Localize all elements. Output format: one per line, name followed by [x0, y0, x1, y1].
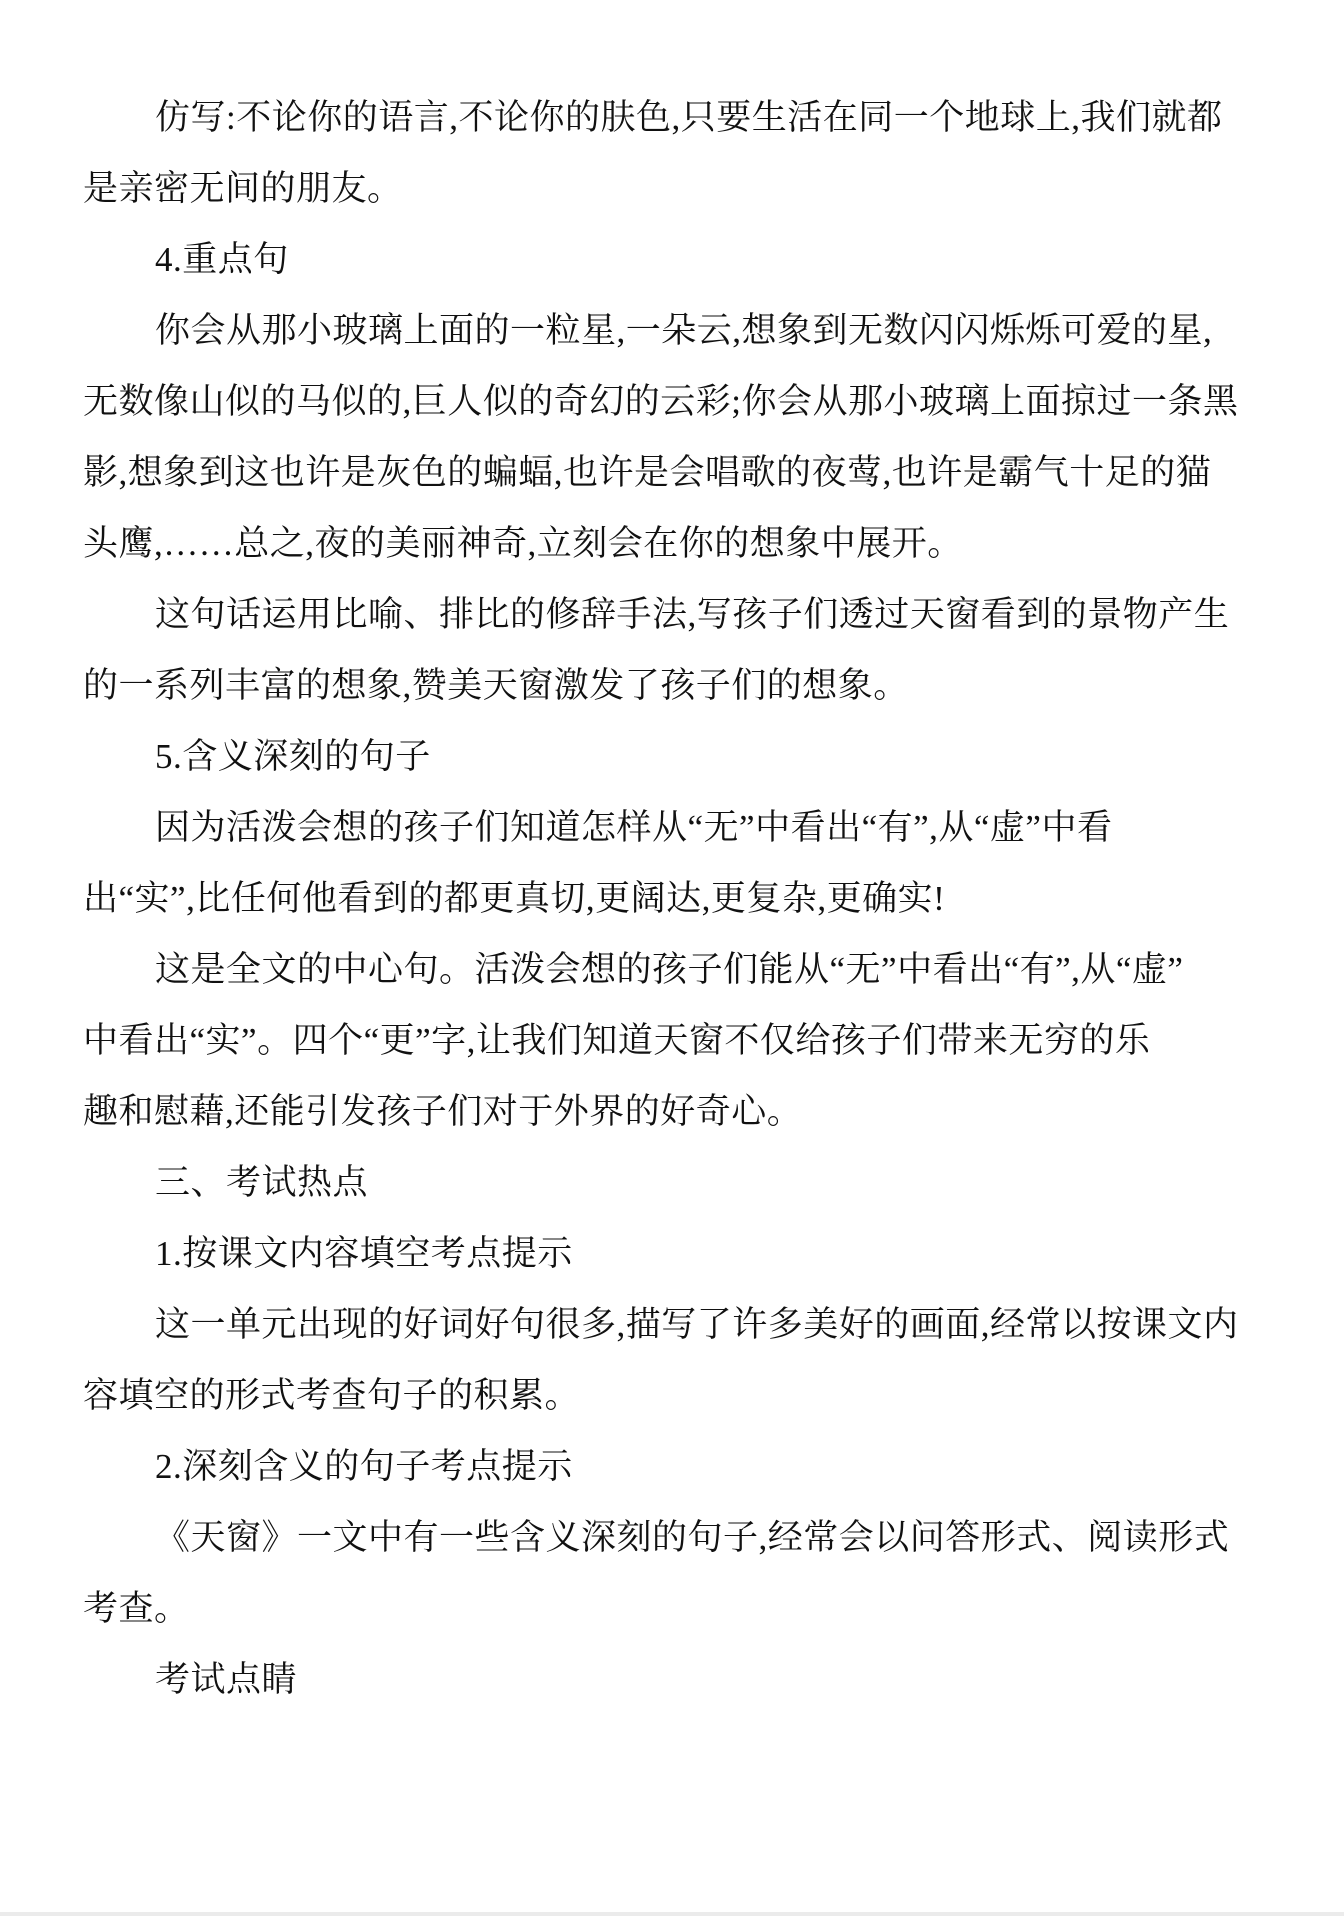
paragraph-line: 容填空的形式考查句子的积累。 — [83, 1360, 1283, 1431]
subsection-heading: 2.深刻含义的句子考点提示 — [83, 1431, 1283, 1502]
paragraph-line: 影,想象到这也许是灰色的蝙蝠,也许是会唱歌的夜莺,也许是霸气十足的猫 — [83, 437, 1283, 508]
paragraph-line: 头鹰,……总之,夜的美丽神奇,立刻会在你的想象中展开。 — [83, 508, 1283, 579]
paragraph-line: 你会从那小玻璃上面的一粒星,一朵云,想象到无数闪闪烁烁可爱的星, — [83, 295, 1283, 366]
section-heading: 4.重点句 — [83, 224, 1283, 295]
paragraph-line: 《天窗》一文中有一些含义深刻的句子,经常会以问答形式、阅读形式 — [83, 1502, 1283, 1573]
paragraph-line: 这一单元出现的好词好句很多,描写了许多美好的画面,经常以按课文内 — [83, 1289, 1283, 1360]
paragraph-line: 无数像山似的马似的,巨人似的奇幻的云彩;你会从那小玻璃上面掠过一条黑 — [83, 366, 1283, 437]
paragraph-line: 中看出“实”。四个“更”字,让我们知道天窗不仅给孩子们带来无穷的乐 — [83, 1005, 1283, 1076]
paragraph-line: 出“实”,比任何他看到的都更真切,更阔达,更复杂,更确实! — [83, 863, 1283, 934]
paragraph-line: 趣和慰藉,还能引发孩子们对于外界的好奇心。 — [83, 1076, 1283, 1147]
subsection-heading: 1.按课文内容填空考点提示 — [83, 1218, 1283, 1289]
paragraph-line: 是亲密无间的朋友。 — [83, 153, 1283, 224]
paragraph-line: 因为活泼会想的孩子们知道怎样从“无”中看出“有”,从“虚”中看 — [83, 792, 1283, 863]
paragraph-line: 这是全文的中心句。活泼会想的孩子们能从“无”中看出“有”,从“虚” — [83, 934, 1283, 1005]
paragraph-line: 考查。 — [83, 1573, 1283, 1644]
document-page: 仿写:不论你的语言,不论你的肤色,只要生活在同一个地球上,我们就都 是亲密无间的… — [0, 0, 1344, 1912]
section-heading: 5.含义深刻的句子 — [83, 721, 1283, 792]
section-heading: 三、考试热点 — [83, 1147, 1283, 1218]
paragraph-line: 的一系列丰富的想象,赞美天窗激发了孩子们的想象。 — [83, 650, 1283, 721]
section-heading: 考试点睛 — [83, 1644, 1283, 1715]
paragraph-line: 仿写:不论你的语言,不论你的肤色,只要生活在同一个地球上,我们就都 — [83, 82, 1283, 153]
bottom-bar — [0, 1912, 1344, 1916]
paragraph-line: 这句话运用比喻、排比的修辞手法,写孩子们透过天窗看到的景物产生 — [83, 579, 1283, 650]
document-text: 仿写:不论你的语言,不论你的肤色,只要生活在同一个地球上,我们就都 是亲密无间的… — [83, 82, 1283, 1715]
